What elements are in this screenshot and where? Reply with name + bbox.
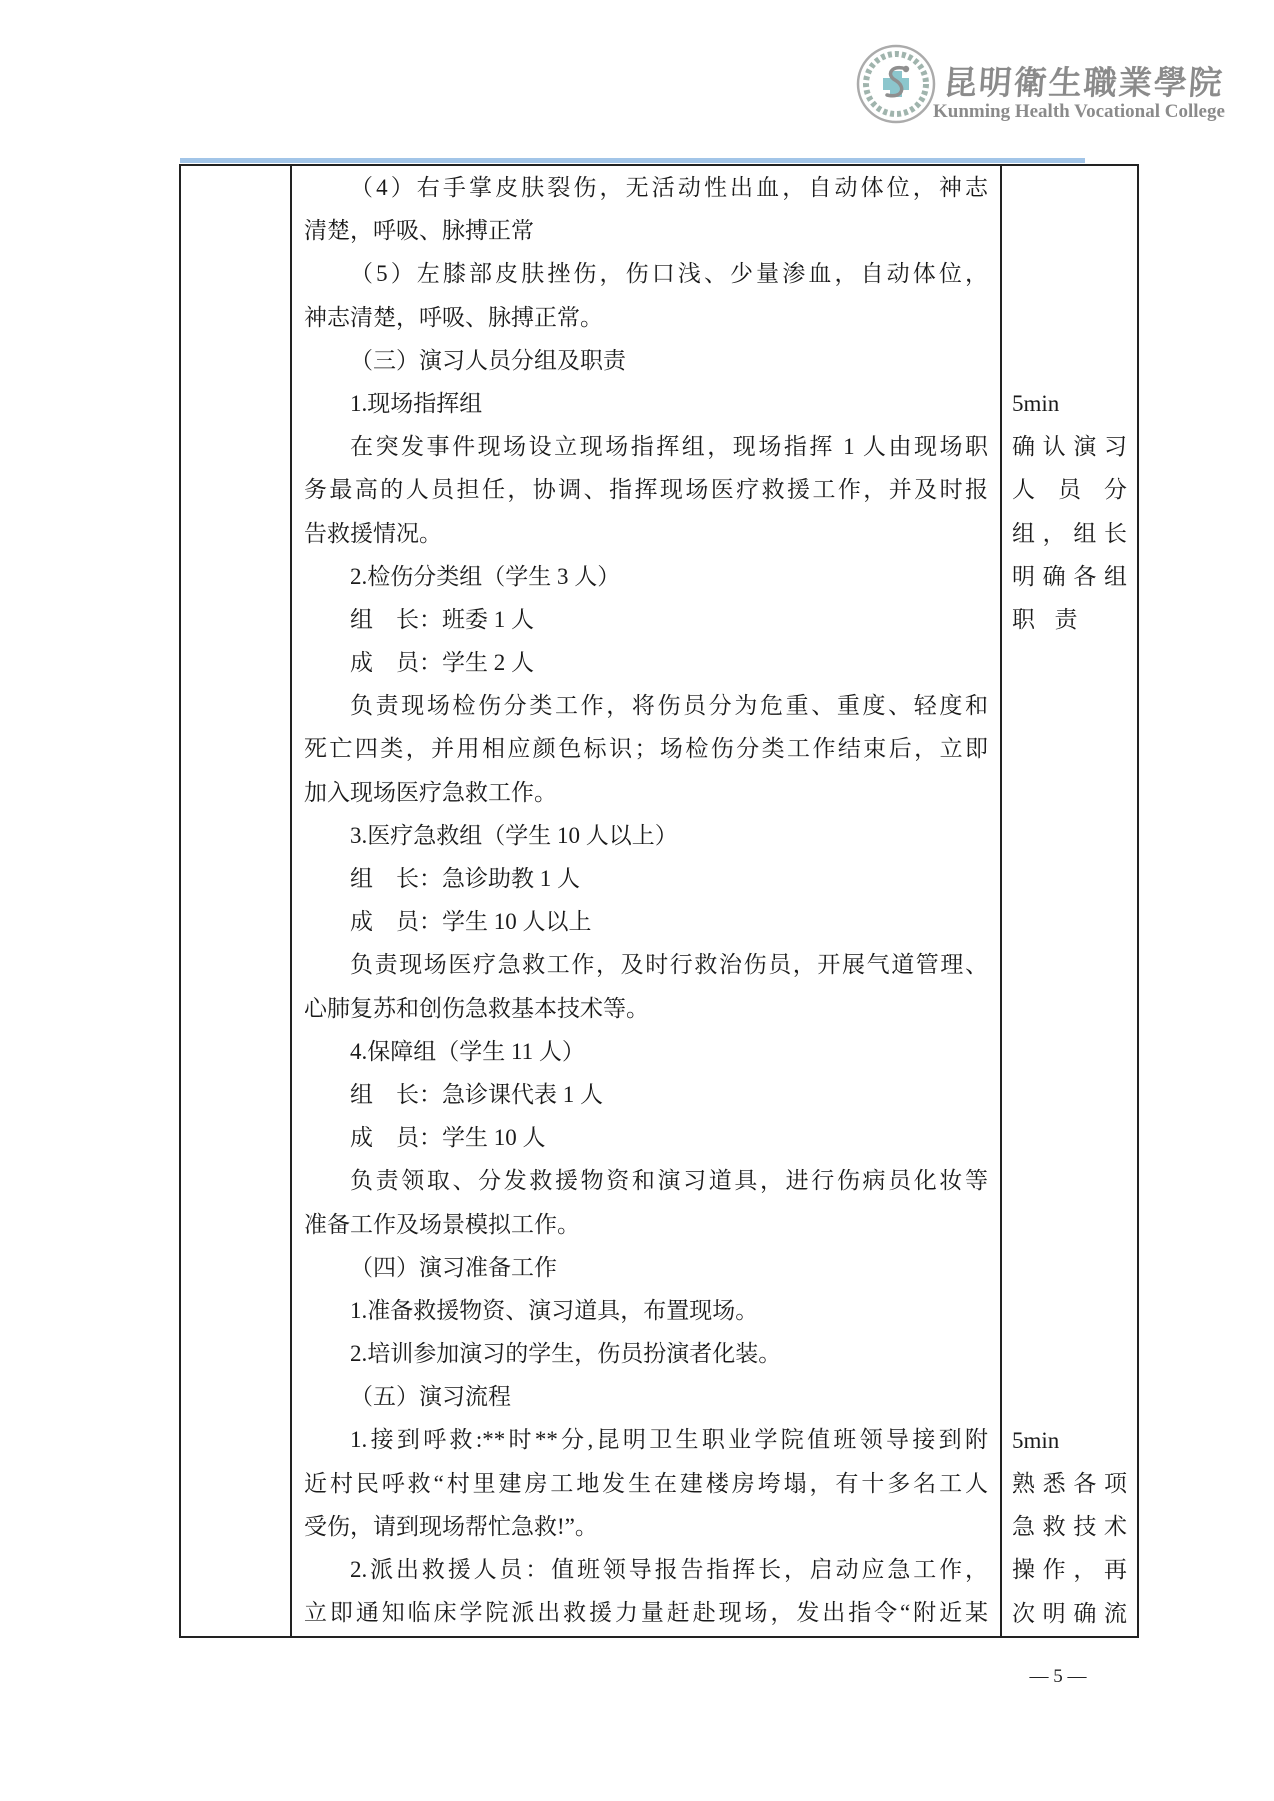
text-line: （三）演习人员分组及职责 <box>304 339 988 382</box>
annotation-line: 明确各组 <box>1012 555 1127 598</box>
text-line: 死亡四类，并用相应颜色标识；场检伤分类工作结束后，立即 <box>304 727 988 770</box>
text-line: 2.培训参加演习的学生，伤员扮演者化装。 <box>304 1332 988 1375</box>
text-line: （4）右手掌皮肤裂伤，无活动性出血，自动体位，神志 <box>304 166 988 209</box>
text-line: 神志清楚，呼吸、脉搏正常。 <box>304 296 988 339</box>
text-line: 近村民呼救“村里建房工地发生在建楼房垮塌，有十多名工人 <box>304 1462 988 1505</box>
text-line: 1.现场指挥组 <box>304 382 988 425</box>
text-line: 成 员：学生 10 人 <box>304 1116 988 1159</box>
text-line: 组 长：急诊助教 1 人 <box>304 857 988 900</box>
text-line: 在突发事件现场设立现场指挥组，现场指挥 1 人由现场职 <box>304 425 988 468</box>
text-line: 1.准备救援物资、演习道具，布置现场。 <box>304 1289 988 1332</box>
text-line: 立即通知临床学院派出救援力量赶赴现场，发出指令“附近某 <box>304 1591 988 1634</box>
annotation-line: 次明确流 <box>1012 1592 1127 1635</box>
college-name-english: Kunming Health Vocational College <box>933 101 1233 123</box>
annotation-line: 5min <box>1012 1419 1127 1462</box>
text-line: 告救援情况。 <box>304 512 988 555</box>
text-line: （四）演习准备工作 <box>304 1246 988 1289</box>
annotation-line: 人员分 <box>1012 468 1127 511</box>
text-line: 心肺复苏和创伤急救基本技术等。 <box>304 987 988 1030</box>
text-line: 组 长：班委 1 人 <box>304 598 988 641</box>
text-line: 2.检伤分类组（学生 3 人） <box>304 555 988 598</box>
college-name-calligraphy: 昆明衛生職業學院 <box>942 57 1231 104</box>
annotation-line: 确认演习 <box>1012 425 1127 468</box>
text-line: 4.保障组（学生 11 人） <box>304 1030 988 1073</box>
annotation-line: 5min <box>1012 382 1127 425</box>
table-top-highlight <box>180 158 1085 163</box>
text-line: 成 员：学生 2 人 <box>304 641 988 684</box>
annotation-block: 5min确认演习人员分组，组长明确各组职责 <box>1002 382 1137 641</box>
text-line: 加入现场医疗急救工作。 <box>304 771 988 814</box>
text-line: 受伤，请到现场帮忙急救!”。 <box>304 1505 988 1548</box>
text-line: 2.派出救援人员：值班领导报告指挥长，启动应急工作， <box>304 1548 988 1591</box>
text-line: 清楚，呼吸、脉搏正常 <box>304 209 988 252</box>
text-line: 3.医疗急救组（学生 10 人以上） <box>304 814 988 857</box>
text-line: 负责现场医疗急救工作，及时行救治伤员，开展气道管理、 <box>304 943 988 986</box>
text-line: 负责领取、分发救援物资和演习道具，进行伤病员化妆等 <box>304 1159 988 1202</box>
text-line: （5）左膝部皮肤挫伤，伤口浅、少量渗血，自动体位， <box>304 252 988 295</box>
annotation-line: 熟悉各项 <box>1012 1462 1127 1505</box>
text-line: 成 员：学生 10 人以上 <box>304 900 988 943</box>
table-spacer-cell <box>181 166 292 1636</box>
text-line: （五）演习流程 <box>304 1375 988 1418</box>
content-table: （4）右手掌皮肤裂伤，无活动性出血，自动体位，神志清楚，呼吸、脉搏正常（5）左膝… <box>179 164 1139 1638</box>
text-line: 务最高的人员担任，协调、指挥现场医疗救援工作，并及时报 <box>304 468 988 511</box>
text-line: 1.接到呼救:**时**分,昆明卫生职业学院值班领导接到附 <box>304 1418 988 1461</box>
time-annotation-cell: 5min确认演习人员分组，组长明确各组职责5min熟悉各项急救技术操作，再次明确… <box>1002 166 1137 1636</box>
text-line: 组 长：急诊课代表 1 人 <box>304 1073 988 1116</box>
text-line: 准备工作及场景模拟工作。 <box>304 1203 988 1246</box>
annotation-line: 急救技术 <box>1012 1505 1127 1548</box>
annotation-line: 组，组长 <box>1012 512 1127 555</box>
annotation-line: 职责 <box>1012 598 1127 641</box>
college-seal-icon <box>856 44 936 124</box>
annotation-block: 5min熟悉各项急救技术操作，再次明确流 <box>1002 1419 1137 1635</box>
page-number: — 5 — <box>1002 1666 1114 1688</box>
annotation-line: 操作，再 <box>1012 1548 1127 1591</box>
main-text-cell: （4）右手掌皮肤裂伤，无活动性出血，自动体位，神志清楚，呼吸、脉搏正常（5）左膝… <box>292 166 1002 1636</box>
document-page: { "header": { "college_cn": "昆明衛生職業學院", … <box>0 0 1274 1801</box>
text-line: 负责现场检伤分类工作，将伤员分为危重、重度、轻度和 <box>304 684 988 727</box>
